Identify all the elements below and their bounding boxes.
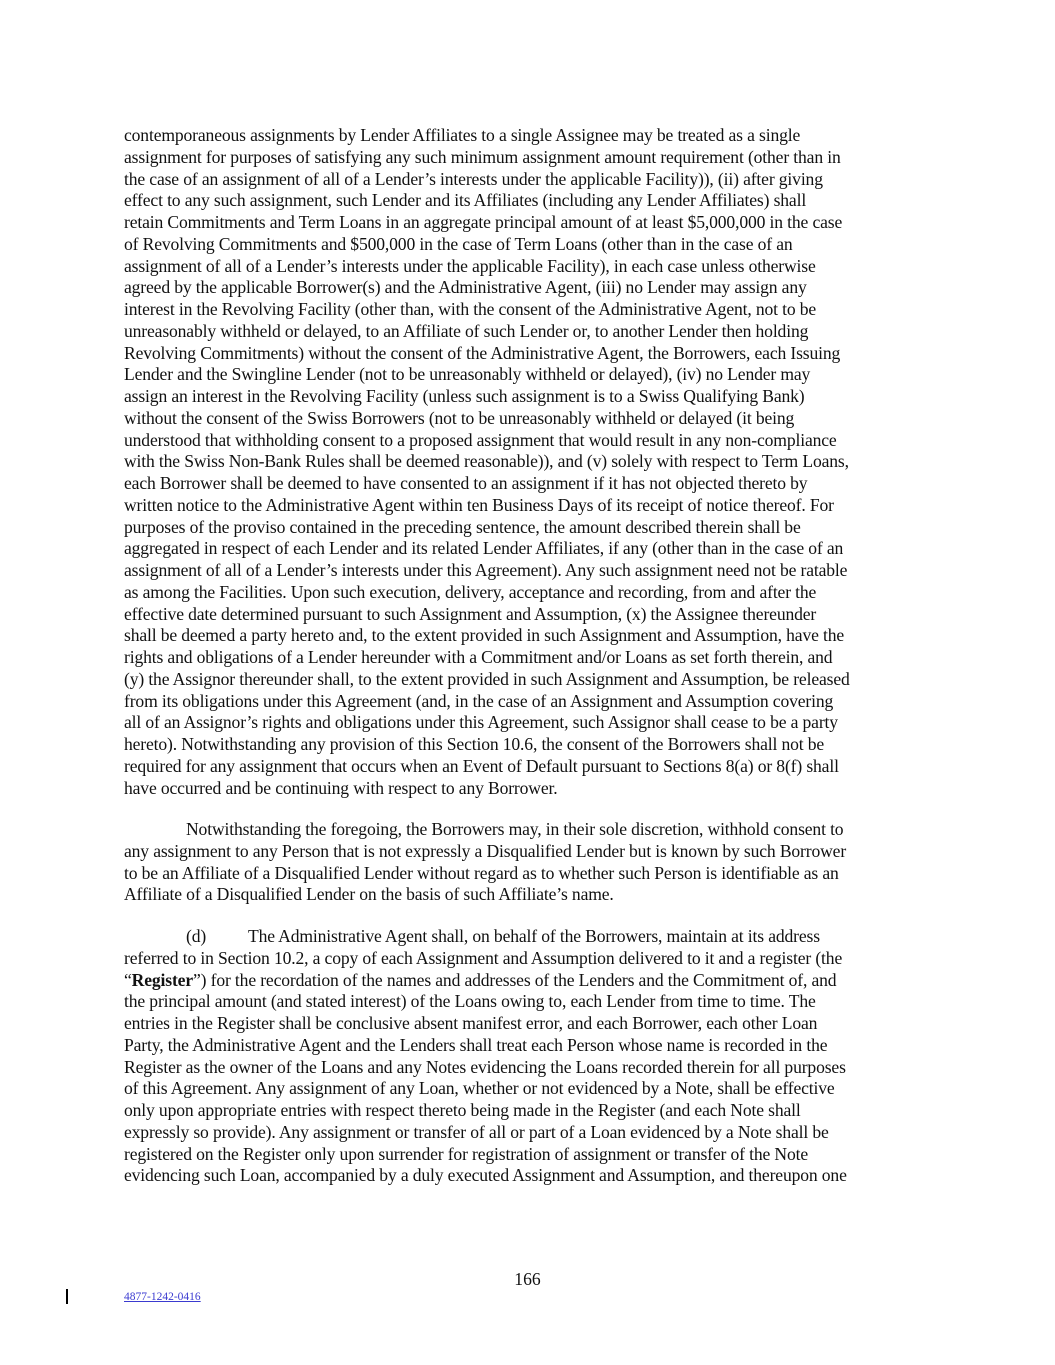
text-line: aggregated in respect of each Lender and…: [124, 538, 944, 560]
text-line: to be an Affiliate of a Disqualified Len…: [124, 863, 944, 885]
text-line: with the Swiss Non-Bank Rules shall be d…: [124, 451, 944, 473]
text-line: each Borrower shall be deemed to have co…: [124, 473, 944, 495]
text-line: purposes of the proviso contained in the…: [124, 517, 944, 539]
text-line: entries in the Register shall be conclus…: [124, 1013, 944, 1035]
text-line: hereto). Notwithstanding any provision o…: [124, 734, 944, 756]
paragraph-d-register: (d)The Administrative Agent shall, on be…: [124, 926, 944, 1187]
paragraph-assignment-continuation: contemporaneous assignments by Lender Af…: [124, 125, 944, 799]
text-line: registered on the Register only upon sur…: [124, 1144, 944, 1166]
text-line: from its obligations under this Agreemen…: [124, 691, 944, 713]
text-line: “Register”) for the recordation of the n…: [124, 970, 944, 992]
defined-term-register: Register: [132, 970, 193, 990]
text-segment: ”) for the recordation of the names and …: [193, 970, 836, 990]
text-line: written notice to the Administrative Age…: [124, 495, 944, 517]
text-line: interest in the Revolving Facility (othe…: [124, 299, 944, 321]
text-line: the principal amount (and stated interes…: [124, 991, 944, 1013]
text-line: only upon appropriate entries with respe…: [124, 1100, 944, 1122]
text-line: rights and obligations of a Lender hereu…: [124, 647, 944, 669]
text-line: referred to in Section 10.2, a copy of e…: [124, 948, 944, 970]
text-line: Affiliate of a Disqualified Lender on th…: [124, 884, 944, 906]
text-line: Revolving Commitments) without the conse…: [124, 343, 944, 365]
paragraph-disqualified-lender: Notwithstanding the foregoing, the Borro…: [124, 819, 944, 906]
text-line: Lender and the Swingline Lender (not to …: [124, 364, 944, 386]
text-line: all of an Assignor’s rights and obligati…: [124, 712, 944, 734]
text-line: Notwithstanding the foregoing, the Borro…: [124, 819, 944, 841]
text-line: expressly so provide). Any assignment or…: [124, 1122, 944, 1144]
text-line: of Revolving Commitments and $500,000 in…: [124, 234, 944, 256]
text-line: required for any assignment that occurs …: [124, 756, 944, 778]
text-line: of this Agreement. Any assignment of any…: [124, 1078, 944, 1100]
text-line: Party, the Administrative Agent and the …: [124, 1035, 944, 1057]
text-line: as among the Facilities. Upon such execu…: [124, 582, 944, 604]
open-quote: “: [124, 970, 132, 990]
text-line: (d)The Administrative Agent shall, on be…: [124, 926, 944, 948]
text-line: assignment for purposes of satisfying an…: [124, 147, 944, 169]
text-line: assign an interest in the Revolving Faci…: [124, 386, 944, 408]
text-line: Register as the owner of the Loans and a…: [124, 1057, 944, 1079]
text-line: any assignment to any Person that is not…: [124, 841, 944, 863]
text-line: understood that withholding consent to a…: [124, 430, 944, 452]
text-line: the case of an assignment of all of a Le…: [124, 169, 944, 191]
document-id-link[interactable]: 4877-1242-0416: [124, 1290, 201, 1304]
text-line: agreed by the applicable Borrower(s) and…: [124, 277, 944, 299]
text-line: retain Commitments and Term Loans in an …: [124, 212, 944, 234]
text-line: have occurred and be continuing with res…: [124, 778, 944, 800]
text-line: unreasonably withheld or delayed, to an …: [124, 321, 944, 343]
text-line: evidencing such Loan, accompanied by a d…: [124, 1165, 944, 1187]
text-segment: The Administrative Agent shall, on behal…: [248, 926, 820, 946]
text-line: assignment of all of a Lender’s interest…: [124, 560, 944, 582]
text-line: effect to any such assignment, such Lend…: [124, 190, 944, 212]
text-line: effective date determined pursuant to su…: [124, 604, 944, 626]
text-line: without the consent of the Swiss Borrowe…: [124, 408, 944, 430]
text-line: assignment of all of a Lender’s interest…: [124, 256, 944, 278]
paragraph-marker: (d): [186, 926, 248, 948]
revision-change-bar: [66, 1289, 68, 1304]
text-line: contemporaneous assignments by Lender Af…: [124, 125, 944, 147]
page-number: 166: [0, 1268, 1055, 1290]
text-line: shall be deemed a party hereto and, to t…: [124, 625, 944, 647]
text-line: (y) the Assignor thereunder shall, to th…: [124, 669, 944, 691]
document-page: contemporaneous assignments by Lender Af…: [0, 0, 1055, 1365]
